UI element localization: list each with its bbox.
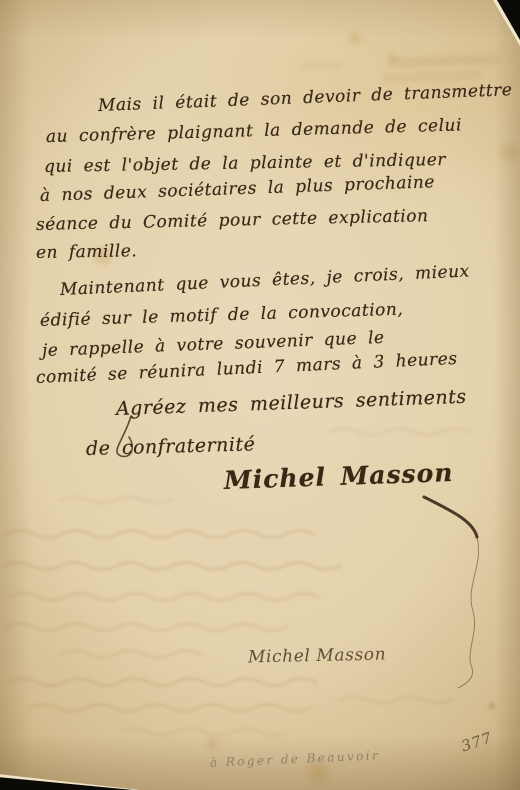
letter-line: en famille. [36, 241, 138, 263]
manuscript-photo: Mais il était de son devoir de transmett… [0, 0, 520, 790]
attribution-note: Michel Masson [248, 645, 387, 668]
